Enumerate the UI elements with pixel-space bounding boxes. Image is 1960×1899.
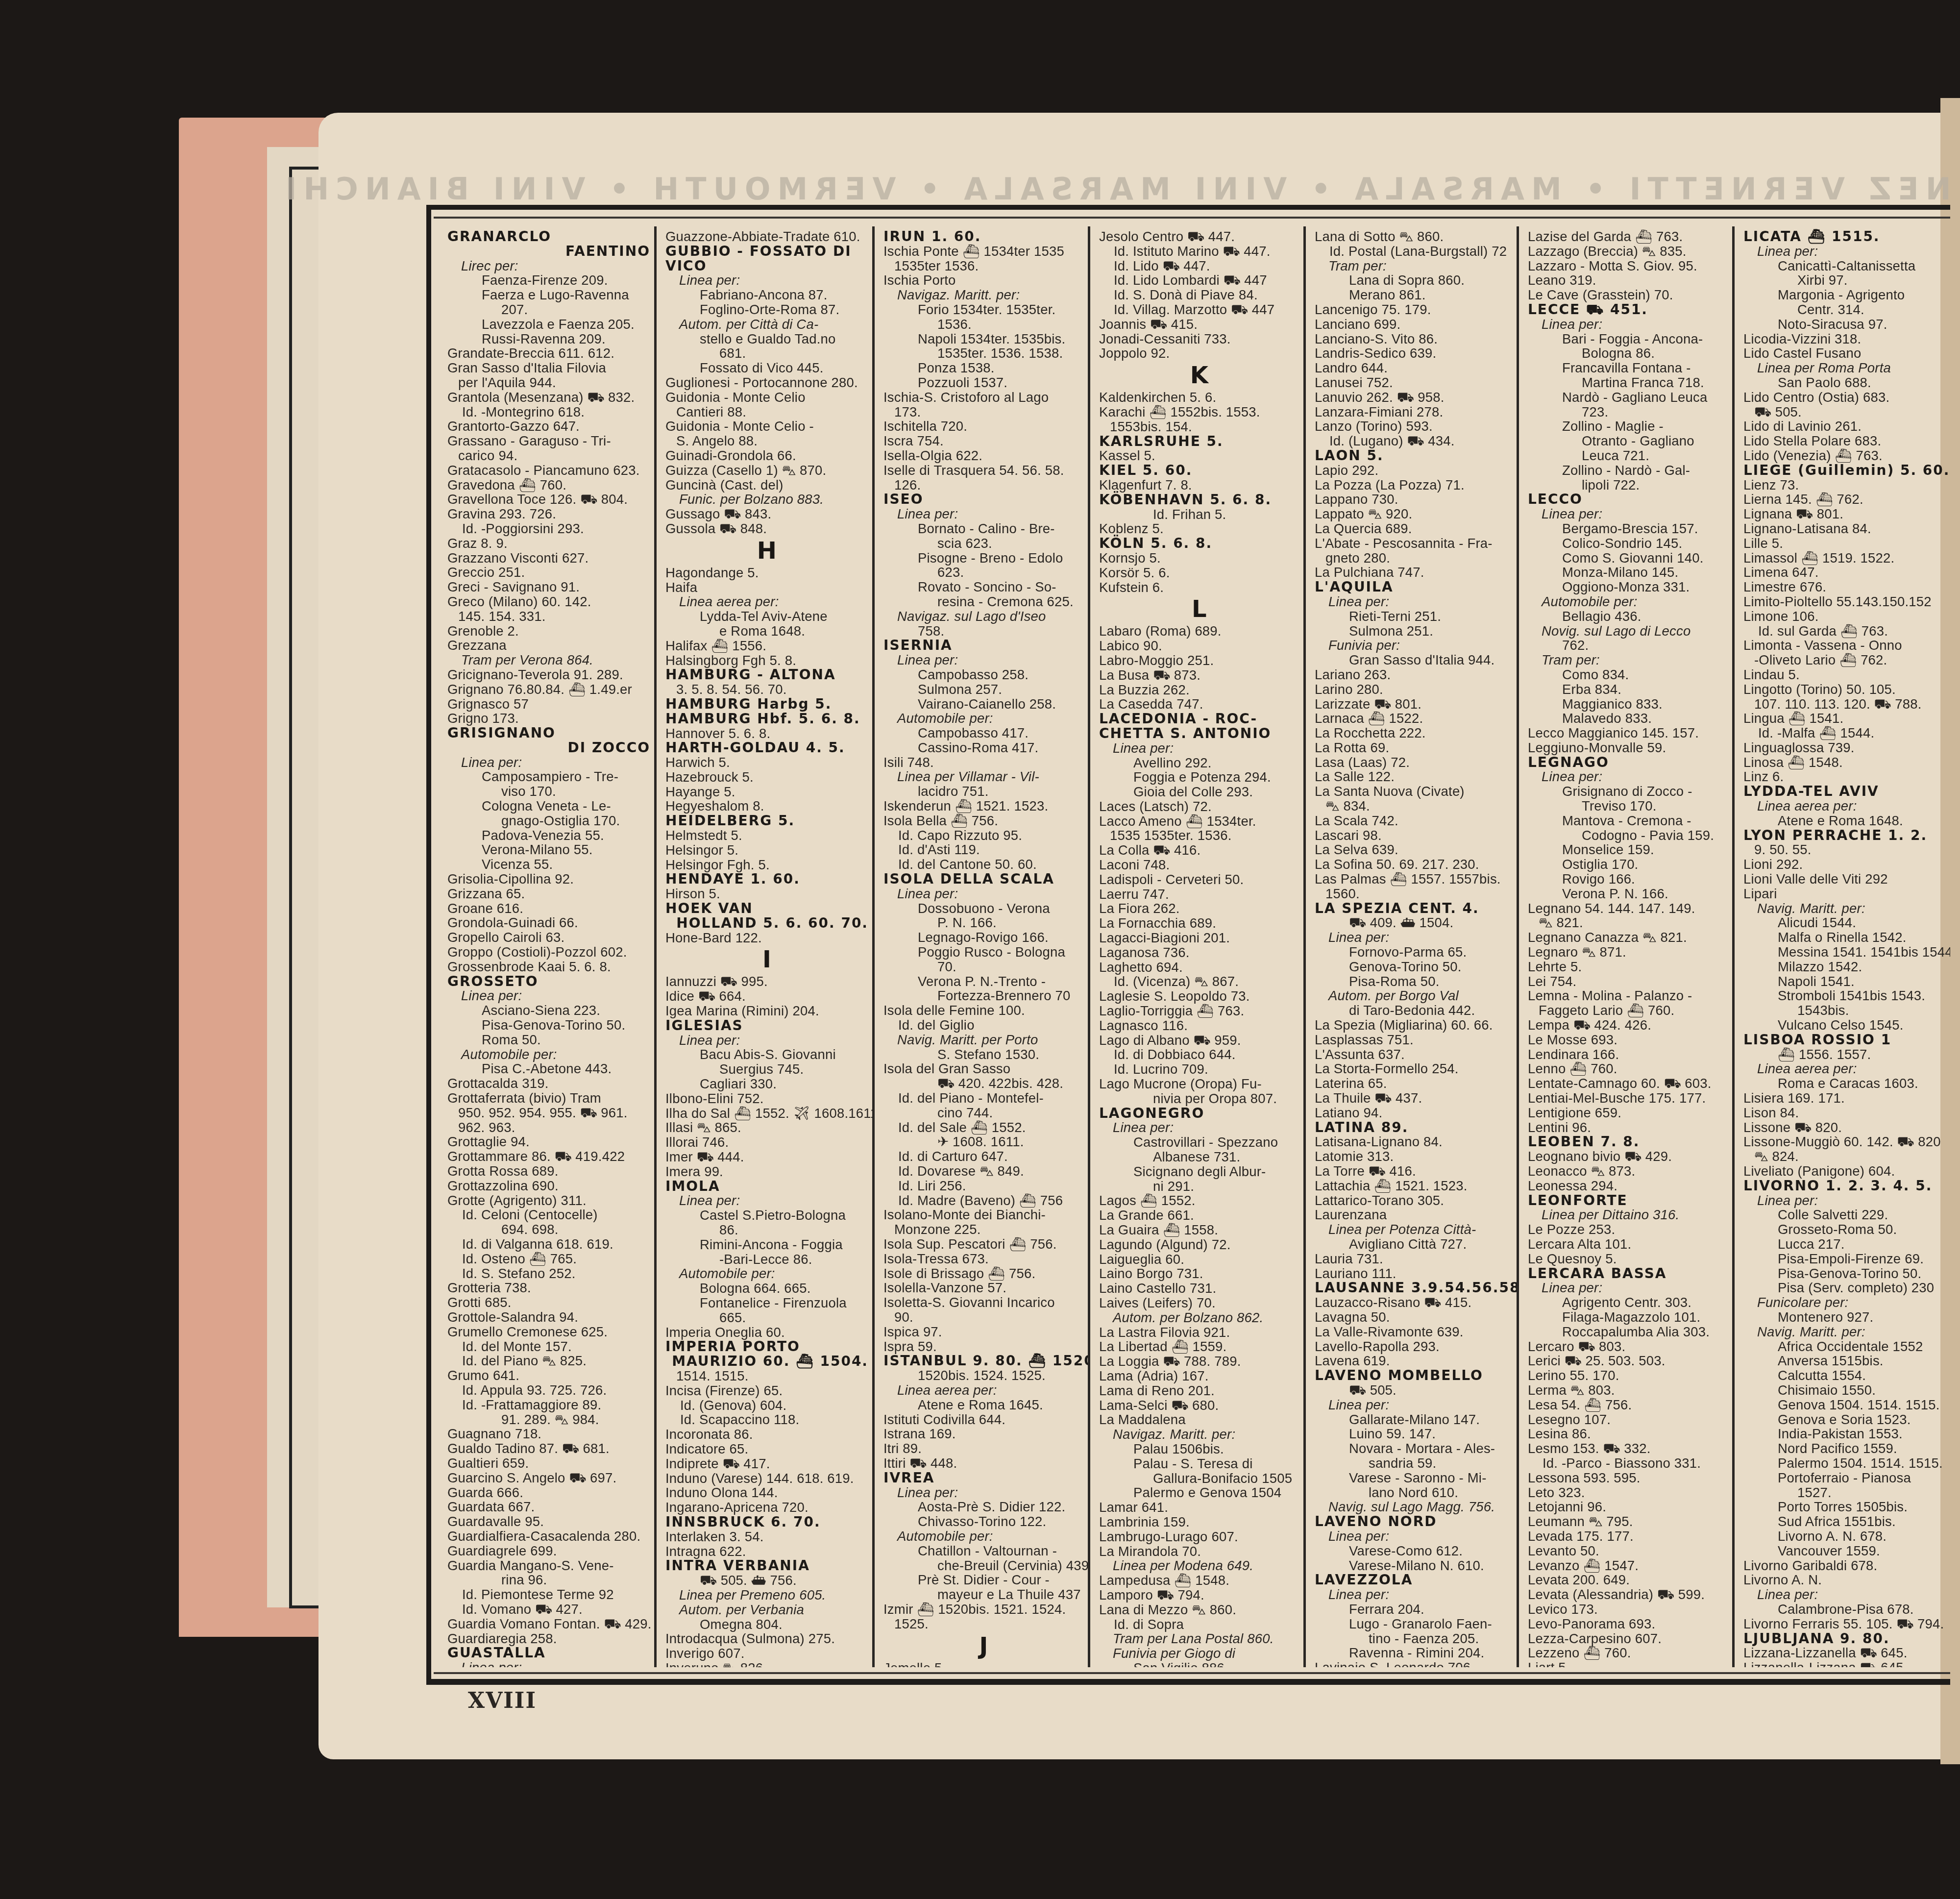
index-entry: Guinadi-Grondola 66. (665, 448, 868, 463)
destination-entry: ⛟ 505. ⛴ 756. (665, 1573, 868, 1588)
service-label: Navig. sul Lago Magg. 756. (1315, 1500, 1513, 1514)
service-label: Linea per: (1099, 741, 1299, 756)
entry-continuation: ✈ 1608. 1611. (883, 1134, 1084, 1149)
station-heading: FAENTINO (447, 244, 650, 259)
index-entry: Latomie 313. (1315, 1149, 1513, 1164)
index-entry: Laghetto 694. (1099, 960, 1299, 975)
index-entry: Lagundo (Algund) 72. (1099, 1237, 1299, 1252)
index-entry: Laces (Latsch) 72. (1099, 799, 1299, 814)
index-entry: Guardialfiera-Casacalenda 280. (447, 1529, 650, 1544)
index-entry: Lamar 641. (1099, 1500, 1299, 1515)
entry-continuation: Xirbi 97. (1743, 273, 1946, 288)
index-entry: La Fiora 262. (1099, 901, 1299, 916)
index-entry: Lido Centro (Ostia) 683. (1743, 390, 1946, 405)
index-entry: Guardia Vomano Fontan. ⛟ 429. (447, 1617, 650, 1631)
index-entry: Grottazzolina 690. (447, 1179, 650, 1193)
idem-entry: Id. Scapaccino 118. (665, 1412, 868, 1427)
index-entry: Gravedona ⛴ 760. (447, 478, 650, 493)
destination-entry: Calcutta 1554. (1743, 1368, 1946, 1383)
station-heading: GRANARCLO (447, 229, 650, 244)
service-label: Autom. per Verbania (665, 1603, 868, 1617)
index-entry: Lauriano 111. (1315, 1266, 1513, 1281)
destination-entry: Ostiglia 170. (1528, 857, 1728, 872)
index-entry: Lavena 619. (1315, 1354, 1513, 1368)
index-entry: Landro 644. (1315, 361, 1513, 375)
index-entry: Limassol ⛴ 1519. 1522. (1743, 551, 1946, 566)
index-entry: Levo-Panorama 693. (1528, 1617, 1728, 1631)
index-entry: Lago Mucrone (Oropa) Fu- (1099, 1077, 1299, 1091)
destination-entry: 758. (883, 624, 1084, 639)
index-entry: Lesegno 107. (1528, 1412, 1728, 1427)
destination-entry: Bacu Abis-S. Giovanni (665, 1047, 868, 1062)
entry-continuation: che-Breuil (Cervinia) 439 (883, 1558, 1084, 1573)
station-heading: LAGONEGRO (1099, 1106, 1299, 1121)
station-heading: LECCE ⛟ 451. (1528, 302, 1728, 317)
index-entry: Ladispoli - Cerveteri 50. (1099, 872, 1299, 887)
station-heading: LICATA ⛴ 1515. (1743, 229, 1946, 244)
service-label: Linea per: (1528, 1281, 1728, 1295)
destination-entry: stello e Gualdo Tad.no (665, 332, 868, 346)
index-entry: La Quercia 689. (1315, 521, 1513, 536)
index-entry: Gravina 293. 726. (447, 507, 650, 521)
entry-continuation: 107. 110. 113. 120. ⛟ 788. (1743, 697, 1946, 712)
service-label: Linea aerea per: (883, 1383, 1084, 1398)
index-entry: Iskenderun ⛴ 1521. 1523. (883, 799, 1084, 814)
destination-entry: Merano 861. (1315, 288, 1513, 302)
entry-continuation: 86. (665, 1223, 868, 1237)
index-entry: Hannover 5. 6. 8. (665, 726, 868, 741)
index-entry: Lingua ⛴ 1541. (1743, 711, 1946, 726)
index-entry: Lacco Ameno ⛴ 1534ter. (1099, 814, 1299, 829)
destination-entry: Palermo e Genova 1504 (1099, 1485, 1299, 1500)
index-entry: Lago di Albano ⛟ 959. (1099, 1033, 1299, 1048)
index-entry: Isola delle Femine 100. (883, 1003, 1084, 1018)
station-heading: HAMBURG - ALTONA (665, 667, 868, 682)
index-entry: Lignano-Latisana 84. (1743, 521, 1946, 536)
destination-entry: Poggio Rusco - Bologna (883, 945, 1084, 960)
index-entry: Illasi ⛍ 865. (665, 1120, 868, 1135)
index-entry: Lizzana-Lizzanella ⛟ 645. (1743, 1646, 1946, 1660)
station-heading: MAURIZIO 60. ⛴ 1504. (665, 1354, 868, 1369)
index-entry: Gropello Cairoli 63. (447, 930, 650, 945)
index-entry: Greci - Savignano 91. (447, 580, 650, 594)
service-label: Navig. Maritt. per: (1743, 1325, 1946, 1339)
entry-continuation: resina - Cremona 625. (883, 594, 1084, 609)
index-entry: Lascari 98. (1315, 828, 1513, 843)
destination-entry: Vairano-Caianello 258. (883, 697, 1084, 712)
station-heading: LEGNAGO (1528, 755, 1728, 770)
index-entry: Karachi ⛴ 1552bis. 1553. (1099, 405, 1299, 419)
destination-entry: Novara - Mortara - Ales- (1315, 1441, 1513, 1456)
destination-entry: Chisimaio 1550. (1743, 1383, 1946, 1398)
entry-continuation: ⛍ 824. (1743, 1149, 1946, 1164)
index-entry: Halifax ⛴ 1556. (665, 639, 868, 653)
idem-entry: Id. -Frattamaggiore 89. (447, 1398, 650, 1412)
index-entry: Lattarico-Torano 305. (1315, 1193, 1513, 1208)
index-entry: La Spezia (Migliarina) 60. 66. (1315, 1018, 1513, 1033)
station-heading: LEONFORTE (1528, 1193, 1728, 1208)
advertising-banner: MARTINEZ VERNETTI • MARSALA • VINI MARSA… (426, 167, 1945, 211)
destination-entry: Campobasso 258. (883, 667, 1084, 682)
index-entry: Lagacci-Biagioni 201. (1099, 931, 1299, 945)
entry-continuation: Codogno - Pavia 159. (1528, 828, 1728, 843)
idem-entry: Id. del Cantone 50. 60. (883, 857, 1084, 872)
index-entry: Isole di Brissago ⛴ 756. (883, 1266, 1084, 1281)
index-entry: Linz 6. (1743, 769, 1946, 784)
destination-entry: Forio 1534ter. 1535ter. (883, 302, 1084, 317)
service-label: Linea per: (1315, 930, 1513, 945)
entry-continuation: Albanese 731. (1099, 1150, 1299, 1164)
index-entry: Lauria 731. (1315, 1252, 1513, 1266)
index-entry: Guagnano 718. (447, 1427, 650, 1441)
index-entry: Kaldenkirchen 5. 6. (1099, 390, 1299, 405)
destination-entry: Sulmona 251. (1315, 624, 1513, 639)
index-entry: Le Mosse 693. (1528, 1033, 1728, 1047)
index-entry: La Guaira ⛴ 1558. (1099, 1223, 1299, 1237)
index-entry: La Rotta 69. (1315, 740, 1513, 755)
index-entry: La Torre ⛟ 416. (1315, 1164, 1513, 1179)
entry-continuation: P. N. 166. (883, 915, 1084, 930)
destination-entry: Livorno A. N. 678. (1743, 1529, 1946, 1544)
entry-continuation: S. Angelo 88. (665, 434, 868, 448)
index-entry: Leto 323. (1528, 1485, 1728, 1500)
entry-continuation: 91. 289. ⛍ 984. (447, 1412, 650, 1427)
index-entry: Koblenz 5. (1099, 521, 1299, 536)
entry-continuation: 1535ter 1536. (883, 259, 1084, 273)
entry-continuation: 173. (883, 405, 1084, 419)
index-entry: Hirson 5. (665, 887, 868, 901)
index-entry: Grantorto-Gazzo 647. (447, 419, 650, 434)
service-label: Linea per: (665, 1033, 868, 1048)
index-entry: Lempa ⛟ 424. 426. (1528, 1018, 1728, 1033)
destination-entry: Avigliano Città 727. (1315, 1237, 1513, 1252)
destination-entry: Como S. Giovanni 140. (1528, 551, 1728, 566)
destination-entry: ⛴ 1556. 1557. (1743, 1047, 1946, 1062)
entry-continuation: ⛍ 834. (1315, 799, 1513, 814)
entry-continuation: 1525. (883, 1617, 1084, 1631)
service-label: Linea per: (447, 988, 650, 1003)
service-label: Tram per Verona 864. (447, 653, 650, 667)
index-entry: La Fornacchia 689. (1099, 916, 1299, 931)
index-entry: Lama (Adria) 167. (1099, 1369, 1299, 1383)
station-heading: IMOLA (665, 1179, 868, 1194)
service-label: Funic. per Bolzano 883. (665, 492, 868, 507)
destination-entry: Oggiono-Monza 331. (1528, 580, 1728, 594)
index-entry: Inveruno ⛍ 826. (665, 1661, 868, 1667)
station-heading: GUASTALLA (447, 1646, 650, 1660)
destination-entry: Stromboli 1541bis 1543. (1743, 988, 1946, 1003)
entry-continuation: Fortezza-Brennero 70 (883, 988, 1084, 1003)
destination-entry: Napoli 1534ter. 1535bis. (883, 332, 1084, 346)
index-entry: Leonessa 294. (1528, 1179, 1728, 1193)
index-entry: Lille 5. (1743, 536, 1946, 551)
index-entry: Le Quesnoy 5. (1528, 1252, 1728, 1266)
destination-entry: Verona P. N. 166. (1528, 887, 1728, 901)
index-entry: Livorno Garibaldi 678. (1743, 1558, 1946, 1573)
entry-continuation: 1535ter. 1536. 1538. (883, 346, 1084, 361)
index-entry: Grossenbrode Kaai 5. 6. 8. (447, 960, 650, 974)
station-heading: LAUSANNE 3.9.54.56.58. (1315, 1281, 1513, 1295)
index-entry: Liart 5. (1528, 1660, 1728, 1667)
index-entry: Ilha do Sal ⛴ 1552. ✈ 1608.1611 (665, 1106, 868, 1121)
entry-continuation: 1535 1535ter. 1536. (1099, 828, 1299, 843)
entry-continuation: per l'Aquila 944. (447, 375, 650, 390)
destination-entry: Roma e Caracas 1603. (1743, 1076, 1946, 1091)
station-heading: HAMBURG Hbf. 5. 6. 8. (665, 712, 868, 726)
index-entry: Le Cave (Grasstein) 70. (1528, 288, 1728, 302)
destination-entry: Mantova - Cremona - (1528, 814, 1728, 828)
index-entry: Ischia-S. Cristoforo al Lago (883, 390, 1084, 405)
service-label: Linea per Potenza Città- (1315, 1222, 1513, 1237)
index-entry: Grantola (Mesenzana) ⛟ 832. (447, 390, 650, 405)
index-entry: Imer ⛟ 444. (665, 1150, 868, 1164)
destination-entry: Pisa-Roma 50. (1315, 974, 1513, 989)
index-entry: Grottole-Salandra 94. (447, 1310, 650, 1325)
idem-entry: Id. (Vicenza) ⛍ 867. (1099, 974, 1299, 989)
index-entry: Guazzone-Abbiate-Tradate 610. (665, 229, 868, 244)
index-entry: Lecco Maggianico 145. 157. (1528, 726, 1728, 740)
index-entry: Induno Olona 144. (665, 1485, 868, 1500)
destination-entry: Sud Africa 1551bis. (1743, 1514, 1946, 1529)
entry-continuation: 1527. (1743, 1485, 1946, 1500)
index-entry: Licodia-Vizzini 318. (1743, 332, 1946, 346)
index-entry: Graz 8. 9. (447, 536, 650, 551)
index-entry: Lauzacco-Risano ⛟ 415. (1315, 1295, 1513, 1310)
index-entry: La Salle 122. (1315, 769, 1513, 784)
destination-entry: Canicattì-Caltanissetta (1743, 259, 1946, 273)
station-heading: GROSSETO (447, 974, 650, 989)
service-label: Linea per: (1315, 594, 1513, 609)
index-entry: Lisiera 169. 171. (1743, 1091, 1946, 1106)
destination-entry: Grosseto-Roma 50. (1743, 1222, 1946, 1237)
entry-continuation: Id. Frihan 5. (1099, 507, 1299, 522)
destination-entry: Aosta-Prè S. Didier 122. (883, 1500, 1084, 1514)
entry-continuation: 1553bis. 154. (1099, 419, 1299, 434)
destination-entry: Rimini-Ancona - Foggia (665, 1237, 868, 1252)
entry-continuation: cino 744. (883, 1106, 1084, 1120)
index-entry: Lama di Reno 201. (1099, 1383, 1299, 1398)
station-heading: LISBOA ROSSIO 1 (1743, 1033, 1946, 1047)
destination-entry: Chatillon - Valtournan - (883, 1544, 1084, 1558)
idem-entry: Id. S. Donà di Piave 84. (1099, 288, 1299, 302)
index-entry: Las Palmas ⛴ 1557. 1557bis. (1315, 872, 1513, 887)
index-entry: Laino Castello 731. (1099, 1281, 1299, 1296)
index-entry: Igea Marina (Rimini) 204. (665, 1004, 868, 1018)
destination-entry: Varese-Milano N. 610. (1315, 1558, 1513, 1573)
index-entry: Gricignano-Teverola 91. 289. (447, 667, 650, 682)
entry-continuation: 1543bis. (1743, 1003, 1946, 1018)
entry-continuation: 1514. 1515. (665, 1369, 868, 1383)
index-entry: Idice ⛟ 664. (665, 989, 868, 1004)
index-entry: Imperia Oneglia 60. (665, 1325, 868, 1340)
idem-entry: Id. di Carturo 647. (883, 1149, 1084, 1164)
station-heading: LYON PERRACHE 1. 2. (1743, 828, 1946, 843)
destination-entry: Milazzo 1542. (1743, 960, 1946, 974)
index-entry: Isolano-Monte dei Bianchi- (883, 1208, 1084, 1222)
index-entry: Guarcino S. Angelo ⛟ 697. (447, 1471, 650, 1485)
index-entry: Lison 84. (1743, 1106, 1946, 1120)
index-entry: Lingotto (Torino) 50. 105. (1743, 682, 1946, 697)
entry-continuation: 145. 154. 331. (447, 609, 650, 624)
index-entry: Gualdo Tadino 87. ⛟ 681. (447, 1441, 650, 1456)
destination-entry: Colle Salvetti 229. (1743, 1208, 1946, 1222)
index-entry: Grezzana (447, 638, 650, 653)
index-entry: Halsingborg Fgh 5. 8. (665, 653, 868, 668)
top-rule (434, 217, 1950, 219)
index-entry: Ingarano-Apricena 720. (665, 1500, 868, 1515)
entry-continuation: -Oliveto Lario ⛴ 762. (1743, 653, 1946, 667)
destination-entry: Chivasso-Torino 122. (883, 1514, 1084, 1529)
service-label: Linea per: (1743, 1193, 1946, 1208)
destination-entry: Lydda-Tel Aviv-Atene (665, 609, 868, 624)
destination-entry: Fossato di Vico 445. (665, 361, 868, 375)
index-entry: Jemelle 5. (883, 1661, 1084, 1668)
destination-entry: Como 834. (1528, 667, 1728, 682)
entry-continuation: 1536. (883, 317, 1084, 332)
letter-heading: K (1099, 361, 1299, 390)
destination-entry: Ravenna - Rimini 204. (1315, 1646, 1513, 1660)
service-label: Navig. Maritt. per: (1743, 901, 1946, 916)
index-entry: Indicatore 65. (665, 1442, 868, 1456)
index-entry: Imera 99. (665, 1164, 868, 1179)
destination-entry: di Taro-Bedonia 442. (1315, 1003, 1513, 1018)
destination-entry: Legnago-Rovigo 166. (883, 930, 1084, 945)
index-entry: Lazzago (Breccia) ⛍ 835. (1528, 244, 1728, 259)
destination-entry: India-Pakistan 1553. (1743, 1427, 1946, 1441)
idem-entry: Id. Postal (Lana-Burgstall) 72 (1315, 244, 1513, 259)
index-entry: Lambrinia 159. (1099, 1515, 1299, 1529)
idem-entry: Id. del Piano - Montefel- (883, 1091, 1084, 1106)
index-entry: Isili 748. (883, 755, 1084, 770)
index-entry: Isella-Olgia 622. (883, 448, 1084, 463)
index-entry: Lana di Mezzo ⛍ 860. (1099, 1603, 1299, 1617)
index-column-4: Jesolo Centro ⛟ 447.Id. Istituto Marino … (1090, 226, 1306, 1667)
entry-continuation: ni 291. (1099, 1179, 1299, 1194)
index-entry: Lavagna 50. (1315, 1310, 1513, 1325)
destination-entry: Bornato - Calino - Bre- (883, 521, 1084, 536)
index-entry: Lemna - Molina - Palanzo - (1528, 988, 1728, 1003)
entry-continuation: 207. (447, 302, 650, 317)
index-entry: Hegyeshalom 8. (665, 799, 868, 814)
entry-continuation: Leuca 721. (1528, 448, 1728, 463)
index-entry: Larnaca ⛴ 1522. (1315, 711, 1513, 726)
index-entry: La Pulchiana 747. (1315, 565, 1513, 580)
service-label: Funivia per Giogo di (1099, 1646, 1299, 1661)
index-entry: Groppo (Costioli)-Pozzol 602. (447, 945, 650, 960)
station-heading: HEIDELBERG 5. (665, 814, 868, 828)
index-entry: Isola del Gran Sasso (883, 1061, 1084, 1076)
index-entry: La Libertad ⛴ 1559. (1099, 1339, 1299, 1354)
entry-continuation: ⛟ 505. (1743, 405, 1946, 419)
letter-heading: H (665, 536, 868, 566)
destination-entry: Bologna 664. 665. (665, 1281, 868, 1296)
index-entry: Lariano 263. (1315, 667, 1513, 682)
service-label: Linea per: (883, 507, 1084, 521)
service-label: Tram per: (1528, 653, 1728, 667)
index-entry: Grazzano Visconti 627. (447, 551, 650, 566)
destination-entry: Cologna Veneta - Le- (447, 799, 650, 814)
index-entry: Istituti Codivilla 644. (883, 1412, 1084, 1427)
index-entry: Guardiagrele 699. (447, 1544, 650, 1558)
index-entry: Livorno Ferraris 55. 105. ⛟ 794. (1743, 1617, 1946, 1631)
destination-entry: Napoli 1541. (1743, 974, 1946, 989)
index-entry: La Colla ⛟ 416. (1099, 843, 1299, 858)
index-entry: Inverigo 607. (665, 1646, 868, 1661)
destination-entry: Margonia - Agrigento (1743, 288, 1946, 302)
destination-entry: Gran Sasso d'Italia 944. (1315, 653, 1513, 667)
index-entry: Itri 89. (883, 1441, 1084, 1456)
index-entry: Kornsjo 5. (1099, 551, 1299, 566)
index-entry: Latisana-Lignano 84. (1315, 1134, 1513, 1149)
destination-entry: Bellagio 436. (1528, 609, 1728, 624)
destination-entry: Alicudi 1544. (1743, 915, 1946, 930)
service-label: Linea per Villamar - Vil- (883, 769, 1084, 784)
service-label: Linea aerea per: (665, 594, 868, 609)
index-entry: Induno (Varese) 144. 618. 619. (665, 1471, 868, 1486)
index-entry: Lissone-Muggiò 60. 142. ⛟ 820 (1743, 1134, 1946, 1149)
destination-entry: Sulmona 257. (883, 682, 1084, 697)
index-entry: Isoletta-S. Giovanni Incarico (883, 1295, 1084, 1310)
index-entry: Grottacalda 319. (447, 1076, 650, 1091)
index-entry: Harwich 5. (665, 755, 868, 770)
index-entry: Guarda 666. (447, 1485, 650, 1500)
destination-entry: Rovato - Soncino - So- (883, 580, 1084, 594)
destination-entry: Anversa 1515bis. (1743, 1354, 1946, 1368)
service-label: Linea per: (1743, 244, 1946, 259)
index-entry: Lindau 5. (1743, 667, 1946, 682)
index-entry: Lido di Lavinio 261. (1743, 419, 1946, 434)
service-label: Linea per: (1528, 507, 1728, 521)
index-entry: Laglesie S. Leopoldo 73. (1099, 989, 1299, 1004)
station-heading: L'AQUILA (1315, 580, 1513, 594)
index-entry: Lioni Valle delle Viti 292 (1743, 872, 1946, 887)
idem-entry: Id. Liri 256. (883, 1179, 1084, 1193)
destination-entry: Lugo - Granarolo Faen- (1315, 1617, 1513, 1631)
index-entry: Livorno A. N. (1743, 1573, 1946, 1587)
station-heading: INNSBRUCK 6. 70. (665, 1515, 868, 1529)
station-heading: ISTANBUL 9. 80. ⛴ 1520 (883, 1354, 1084, 1368)
destination-entry: Erba 834. (1528, 682, 1728, 697)
station-heading: ISERNIA (883, 638, 1084, 653)
idem-entry: Id. Madre (Baveno) ⛴ 756 (883, 1193, 1084, 1208)
destination-entry: Africa Occidentale 1552 (1743, 1339, 1946, 1354)
idem-entry: Id. Lido Lombardi ⛟ 447 (1099, 273, 1299, 288)
index-entry: Guardia Mangano-S. Vene- (447, 1558, 650, 1573)
idem-entry: Id. del Monte 157. (447, 1339, 650, 1354)
destination-entry: Rieti-Terni 251. (1315, 609, 1513, 624)
index-entry: Lanzo (Torino) 593. (1315, 419, 1513, 434)
index-entry: La Santa Nuova (Civate) (1315, 784, 1513, 799)
index-entry: Izmir ⛴ 1520bis. 1521. 1524. (883, 1602, 1084, 1617)
index-entry: Ispra 59. (883, 1339, 1084, 1354)
index-entry: Lanciano 699. (1315, 317, 1513, 332)
index-entry: Limone 106. (1743, 609, 1946, 624)
station-heading: IGLESIAS (665, 1018, 868, 1033)
destination-entry: San Paolo 688. (1743, 375, 1946, 390)
entry-continuation: Otranto - Gagliano (1528, 434, 1728, 448)
index-entry: Gualtieri 659. (447, 1456, 650, 1471)
station-heading: KÖLN 5. 6. 8. (1099, 536, 1299, 551)
service-label: Linea per: (665, 273, 868, 288)
index-entry: Lesmo 153. ⛟ 332. (1528, 1441, 1728, 1456)
index-entry: Levico 173. (1528, 1602, 1728, 1617)
page-number: XVIII (468, 1688, 537, 1713)
index-entry: Iselle di Trasquera 54. 56. 58. (883, 463, 1084, 478)
letter-heading: L (1099, 594, 1299, 624)
index-entry: Jonadi-Cessaniti 733. (1099, 332, 1299, 346)
index-entry: Labro-Moggio 251. (1099, 653, 1299, 668)
index-entry: Lentiai-Mel-Busche 175. 177. (1528, 1091, 1728, 1106)
